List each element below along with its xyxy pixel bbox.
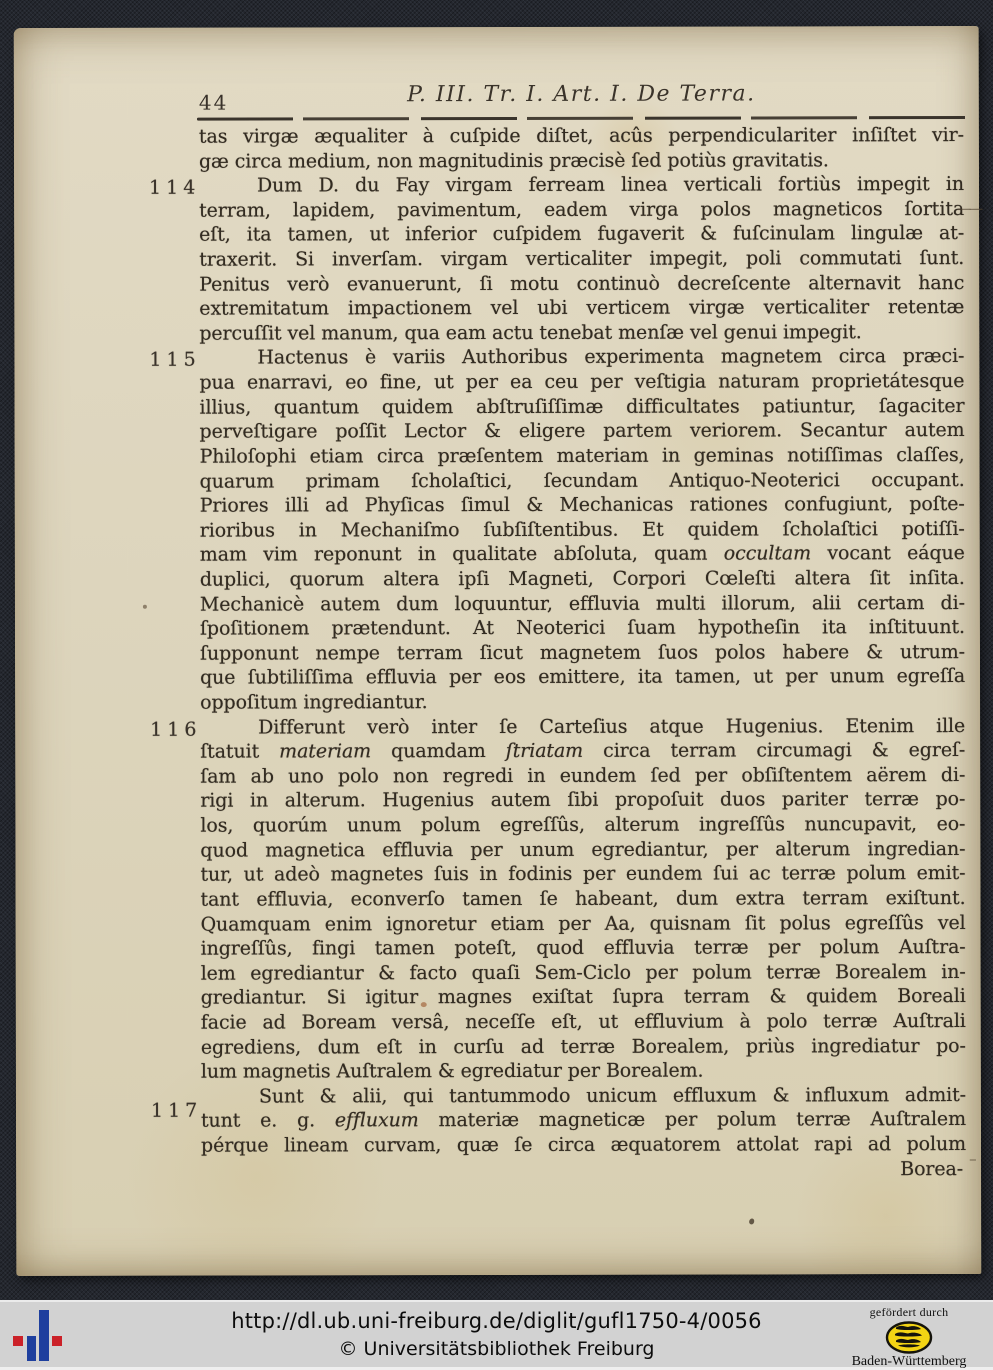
text-segment: ingreſſûs, fingi tamen poteſt, quod effl… [201, 936, 966, 960]
text-line: ingreſſûs, fingi tamen poteſt, quod effl… [201, 935, 966, 961]
text-line: tant effluvia, econverſo tamen ſe habean… [200, 886, 965, 912]
ink-speck [748, 1218, 755, 1225]
text-segment: illius, quantum quidem abſtruſiſſimæ dif… [199, 395, 964, 419]
margin-section-number: 114 [149, 176, 200, 201]
text-line: illius, quantum quidem abſtruſiſſimæ dif… [199, 394, 964, 420]
text-line: 117tunt e. g. effluxum materiæ magneticæ… [201, 1107, 966, 1133]
text-line: Sunt & alii, qui tantummodo unicum efflu… [201, 1083, 966, 1109]
edge-dash-mark: – [969, 1150, 977, 1168]
text-segment: ſpoſitionem prætendunt. At Neoterici ſua… [200, 616, 965, 640]
text-line: egrediens, dum eſt in curſu ad terræ Bor… [201, 1034, 966, 1060]
text-segment: grediantur. Si igitur magnes exiſtat ſup… [201, 985, 966, 1009]
text-line: los, quorúm unum polum egreſſûs, alterum… [200, 812, 965, 838]
viewer-footer-bar: http://dl.ub.uni-freiburg.de/diglit/gufl… [0, 1300, 993, 1370]
body-text-block: tas virgæ æqualiter à cuſpide diſtet, ac… [199, 123, 966, 1183]
text-segment: materiæ magneticæ per polum terræ Auſtra… [419, 1108, 966, 1131]
scan-background: 44 P. III. Tr. I. Art. I. De Terra. tas … [0, 0, 993, 1370]
text-segment: Differunt verò inter ſe Carteſius atque … [258, 715, 965, 738]
text-line: lum magnetis Auſtralem & egrediatur per … [201, 1058, 966, 1084]
italic-term: effluxum [335, 1110, 419, 1132]
italic-term: ſtriatam [506, 740, 583, 762]
book-page: 44 P. III. Tr. I. Art. I. De Terra. tas … [14, 26, 982, 1276]
text-segment: duplici, quorum altera ipſi Magneti, Cor… [200, 567, 965, 591]
text-segment: ſam ab uno polo non regredi in eundem ſe… [200, 764, 965, 788]
text-segment: quod magnetica effluvia per unum egredia… [200, 838, 965, 862]
text-line: quarum primam ſcholaſtici, ſecundam Anti… [200, 468, 965, 494]
text-line: perveſtigare poſſit Lector & eligere par… [200, 418, 965, 444]
ink-speck [143, 605, 147, 609]
text-line: gæ circa medium, non magnitudinis præcis… [199, 148, 964, 174]
text-segment: pua enarravi, eo fine, ut per ea ceu per… [199, 370, 964, 394]
text-segment: mam vim reponunt in qualitate abſoluta, … [200, 543, 724, 566]
running-header-title: P. III. Tr. I. Art. I. De Terra. [199, 81, 964, 108]
text-line: 116Differunt verò inter ſe Carteſius atq… [200, 714, 965, 740]
italic-term: occultam [724, 543, 811, 565]
text-line: duplici, quorum altera ipſi Magneti, Cor… [200, 566, 965, 592]
italic-term: materiam [279, 740, 371, 762]
text-segment: quarum primam ſcholaſtici, ſecundam Anti… [200, 469, 965, 493]
text-segment: rioribus in Mechaniſmo ſubſiſtentibus. E… [200, 518, 965, 542]
text-segment: Priores illi ad Phyſicas ſimul & Mechani… [200, 493, 965, 517]
text-line: Quamquam enim ignoretur etiam per Aa, qu… [201, 911, 966, 937]
text-segment: tur, ut adeò magnetes ſuis in fodinis pe… [200, 862, 965, 886]
text-line: mam vim reponunt in qualitate abſoluta, … [200, 541, 965, 567]
text-segment: oppoſitum ingrediantur. [200, 691, 428, 713]
text-line: tur, ut adeò magnetes ſuis in fodinis pe… [200, 861, 965, 887]
text-line: facie ad Boream versâ, neceſſe eſt, ut e… [201, 1009, 966, 1035]
text-line: percuſſit vel manum, qua eam actu teneba… [199, 320, 964, 346]
text-line: pua enarravi, eo fine, ut per ea ceu per… [199, 369, 964, 395]
text-line: Priores illi ad Phyſicas ſimul & Mechani… [200, 492, 965, 518]
text-segment: rigi in alterum. Hugenius autem ſibi pro… [200, 788, 965, 812]
text-segment: circa terram circumagi & egreſ- [583, 739, 965, 762]
text-line: terram, lapidem, pavimentum, eadem virga… [199, 197, 964, 223]
text-line: Philoſophi etiam circa præſentem materia… [200, 443, 965, 469]
text-segment: Dum D. du Fay virgam ferream linea verti… [257, 173, 964, 196]
state-name-label: Baden-Württemberg [839, 1354, 979, 1370]
baden-wuerttemberg-crest-icon [885, 1321, 933, 1354]
text-line: lem egrediantur & facto quaſi Sem-Ciclo … [201, 960, 966, 986]
text-segment: Penitus verò evanuerunt, ſi motu continu… [199, 272, 964, 296]
text-segment: ſtatuit [200, 741, 279, 763]
text-segment: tant effluvia, econverſo tamen ſe habean… [200, 887, 965, 911]
text-segment: extremitatum impactionem vel ubi vertice… [199, 296, 964, 320]
text-line: tas virgæ æqualiter à cuſpide diſtet, ac… [199, 123, 964, 149]
text-segment: pérque lineam curvam, quæ ſe circa æquat… [201, 1133, 966, 1157]
text-line: 114Dum D. du Fay virgam ferream linea ve… [199, 172, 964, 198]
text-segment: egrediens, dum eſt in curſu ad terræ Bor… [201, 1035, 966, 1059]
ink-speck [421, 1002, 427, 1007]
text-line: Penitus verò evanuerunt, ſi motu continu… [199, 271, 964, 297]
text-segment: Borea- [900, 1158, 963, 1180]
text-segment: percuſſit vel manum, qua eam actu teneba… [199, 321, 861, 344]
text-segment: que ſubtiliſſima effluvia per eos emitte… [200, 665, 965, 689]
margin-dash-mark: —— [957, 201, 981, 217]
text-line: rigi in alterum. Hugenius autem ſibi pro… [200, 787, 965, 813]
text-line: eſt, ita tamen, ut inferior cuſpidem fug… [199, 221, 964, 247]
text-line: 115Hactenus è variis Authoribus experime… [199, 345, 964, 371]
text-line: pérque lineam curvam, quæ ſe circa æquat… [201, 1132, 966, 1158]
header-rule [197, 116, 969, 121]
text-segment: tunt e. g. [201, 1110, 335, 1132]
text-line: rioribus in Mechaniſmo ſubſiſtentibus. E… [200, 517, 965, 543]
text-line: quod magnetica effluvia per unum egredia… [200, 837, 965, 863]
text-segment: eſt, ita tamen, ut inferior cuſpidem fug… [199, 222, 964, 246]
catchword-line: Borea- [201, 1157, 966, 1183]
funded-by-label: gefördert durch [839, 1305, 979, 1320]
text-segment: facie ad Boream versâ, neceſſe eſt, ut e… [201, 1010, 966, 1034]
text-line: Mechanicè autem dum loquuntur, effluvia … [200, 591, 965, 617]
baden-wuerttemberg-block: gefördert durch Baden-Württemberg [839, 1305, 979, 1370]
text-line: traxerit. Si inverſam. virgam verticalit… [199, 246, 964, 272]
margin-section-number: 116 [150, 717, 201, 742]
text-segment: quamdam [371, 740, 506, 762]
text-line: extremitatum impactionem vel ubi vertice… [199, 295, 964, 321]
text-segment: lem egrediantur & facto quaſi Sem-Ciclo … [201, 961, 966, 985]
text-segment: Mechanicè autem dum loquuntur, effluvia … [200, 592, 965, 616]
text-segment: traxerit. Si inverſam. virgam verticalit… [199, 247, 964, 271]
text-segment: Quamquam enim ignoretur etiam per Aa, qu… [201, 912, 966, 936]
text-line: ſpoſitionem prætendunt. At Neoterici ſua… [200, 615, 965, 641]
text-segment: gæ circa medium, non magnitudinis præcis… [199, 149, 829, 172]
text-line: oppoſitum ingrediantur. [200, 689, 965, 715]
margin-section-number: 115 [149, 348, 200, 373]
text-segment: tas virgæ æqualiter à cuſpide diſtet, ac… [199, 124, 964, 148]
margin-section-number: 117 [151, 1099, 202, 1124]
text-line: ſupponunt nempe terram ſicut magnetem ſu… [200, 640, 965, 666]
text-segment: perveſtigare poſſit Lector & eligere par… [200, 419, 965, 443]
text-segment: Philoſophi etiam circa præſentem materia… [200, 444, 965, 468]
text-line: que ſubtiliſſima effluvia per eos emitte… [200, 664, 965, 690]
text-segment: terram, lapidem, pavimentum, eadem virga… [199, 198, 964, 222]
text-segment: los, quorúm unum polum egreſſûs, alterum… [200, 813, 965, 837]
text-segment: vocant eáque [811, 542, 965, 564]
text-segment: Hactenus è variis Authoribus experimenta… [257, 346, 964, 369]
text-segment: ſupponunt nempe terram ſicut magnetem ſu… [200, 641, 965, 665]
text-line: ſam ab uno polo non regredi in eundem ſe… [200, 763, 965, 789]
text-segment: lum magnetis Auſtralem & egrediatur per … [201, 1060, 704, 1083]
text-line: ſtatuit materiam quamdam ſtriatam circa … [200, 738, 965, 764]
text-line: grediantur. Si igitur magnes exiſtat ſup… [201, 984, 966, 1010]
text-segment: Sunt & alii, qui tantummodo unicum efflu… [259, 1084, 966, 1107]
